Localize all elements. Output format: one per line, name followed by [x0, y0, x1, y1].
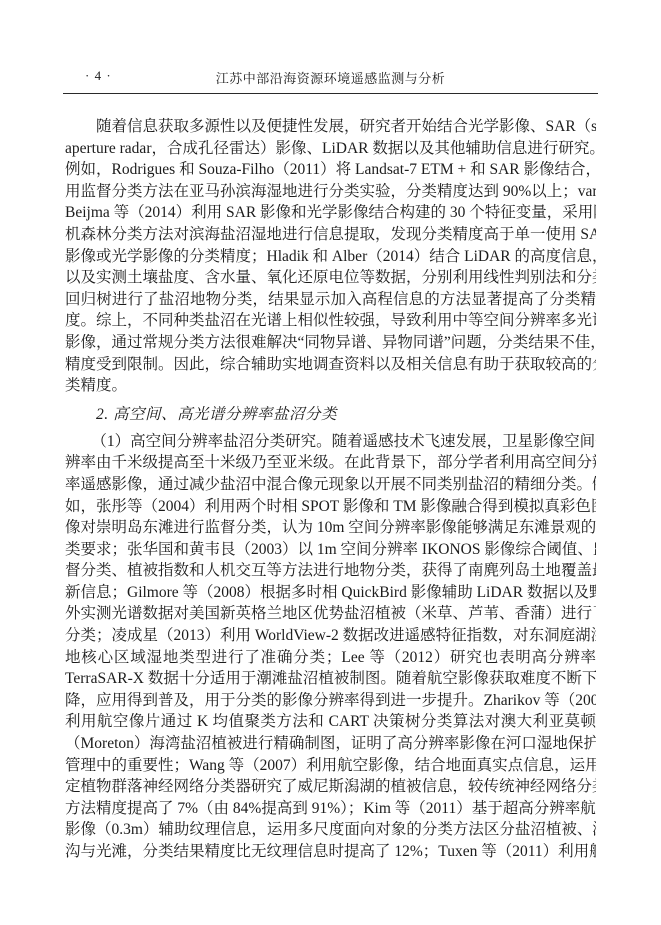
- running-title: 江苏中部沿海资源环境遥感监测与分析: [63, 68, 598, 87]
- paragraph2-line: 新信息；Gilmore 等（2008）根据多时相 QuickBird 影像辅助 …: [65, 582, 596, 604]
- body-text: 随着信息获取多源性以及便捷性发展，研究者开始结合光学影像、SAR（synthet…: [65, 116, 596, 863]
- paragraph2-line: 率遥感影像，通过减少盐沼中混合像元现象以开展不同类别盐沼的精细分类。例: [65, 474, 596, 496]
- paragraph2-line: （1）高空间分辨率盐沼分类研究。随着遥感技术飞速发展，卫星影像空间分: [65, 431, 596, 453]
- paragraph2-line: 如，张彤等（2004）利用两个时相 SPOT 影像和 TM 影像融合得到模拟真彩…: [65, 496, 596, 518]
- paragraph1-line: 精度受到限制。因此，综合辅助实地调查资料以及相关信息有助于获取较高的分: [65, 354, 596, 376]
- paragraph2-line: 像对崇明岛东滩进行监督分类，认为 10m 空间分辨率影像能够满足东滩景观的分: [65, 517, 596, 539]
- paragraph2-line: 方法精度提高了 7%（由 84%提高到 91%）；Kim 等（2011）基于超高…: [65, 798, 596, 820]
- paragraph2-line: （Moreton）海湾盐沼植被进行精确制图，证明了高分辨率影像在河口湿地保护和: [65, 733, 596, 755]
- paragraph2-line: 地核心区域湿地类型进行了准确分类；Lee 等（2012）研究也表明高分辨率: [65, 647, 596, 669]
- paragraph2-line: 类要求；张华国和黄韦艮（2003）以 1m 空间分辨率 IKONOS 影像综合阈…: [65, 539, 596, 561]
- paragraph1-line: 例如，Rodrigues 和 Souza-Filho（2011）将 Landsa…: [65, 159, 596, 181]
- paragraph1-line: 用监督分类方法在亚马孙滨海湿地进行分类实验，分类精度达到 90%以上；van: [65, 181, 596, 203]
- paragraph1-line: Beijma 等（2014）利用 SAR 影像和光学影像结合构建的 30 个特征…: [65, 202, 596, 224]
- paragraph2-line: 辨率由千米级提高至十米级乃至亚米级。在此背景下，部分学者利用高空间分辨: [65, 452, 596, 474]
- paragraph2-line: 分类；凌成星（2013）利用 WorldView-2 数据改进遥感特征指数，对东…: [65, 625, 596, 647]
- section-heading: 2. 高空间、高光谱分辨率盐沼分类: [65, 404, 596, 426]
- paragraph1-line: 度。综上，不同种类盐沼在光谱上相似性较强，导致利用中等空间分辨率多光谱: [65, 310, 596, 332]
- paragraph2-line: 降，应用得到普及，用于分类的影像分辨率得到进一步提升。Zharikov 等（20…: [65, 690, 596, 712]
- paragraph1-line: 随着信息获取多源性以及便捷性发展，研究者开始结合光学影像、SAR（synthet…: [65, 116, 596, 138]
- paragraph2-line: 管理中的重要性；Wang 等（2007）利用航空影像，结合地面真实点信息，运用特: [65, 755, 596, 777]
- paragraph2-line: 沟与光滩，分类结果精度比无纹理信息时提高了 12%；Tuxen 等（2011）利…: [65, 841, 596, 863]
- paragraph1-line: 以及实测土壤盐度、含水量、氧化还原电位等数据，分别利用线性判别法和分类: [65, 267, 596, 289]
- paragraph2-line: 外实测光谱数据对美国新英格兰地区优势盐沼植被（米草、芦苇、香蒲）进行了: [65, 603, 596, 625]
- paragraph2-line: 定植物群落神经网络分类器研究了威尼斯潟湖的植被信息，较传统神经网络分类: [65, 776, 596, 798]
- paragraph2-line: 督分类、植被指数和人机交互等方法进行地物分类，获得了南麂列岛土地覆盖最: [65, 560, 596, 582]
- paragraph2-line: TerraSAR-X 数据十分适用于潮滩盐沼植被制图。随着航空影像获取难度不断下: [65, 668, 596, 690]
- paragraph1-line: 机森林分类方法对滨海盐沼湿地进行信息提取，发现分类精度高于单一使用 SAR: [65, 224, 596, 246]
- paragraph1-line: 影像或光学影像的分类精度；Hladik 和 Alber（2014）结合 LiDA…: [65, 246, 596, 268]
- paragraph1-line: 类精度。: [65, 375, 596, 397]
- paragraph1-line: 影像，通过常规分类方法很难解决“同物异谱、异物同谱”问题，分类结果不佳，: [65, 332, 596, 354]
- paragraph2-line: 利用航空像片通过 K 均值聚类方法和 CART 决策树分类算法对澳大利亚莫顿: [65, 711, 596, 733]
- paragraph2-line: 影像（0.3m）辅助纹理信息，运用多尺度面向对象的分类方法区分盐沼植被、潮: [65, 819, 596, 841]
- paragraph1-line: aperture radar，合成孔径雷达）影像、LiDAR 数据以及其他辅助信…: [65, 138, 596, 160]
- page-header: · 4 · 江苏中部沿海资源环境遥感监测与分析: [63, 68, 598, 88]
- header-rule: [63, 93, 598, 94]
- book-page: · 4 · 江苏中部沿海资源环境遥感监测与分析 随着信息获取多源性以及便捷性发展…: [0, 0, 661, 925]
- paragraph1-line: 回归树进行了盐沼地物分类，结果显示加入高程信息的方法显著提高了分类精: [65, 289, 596, 311]
